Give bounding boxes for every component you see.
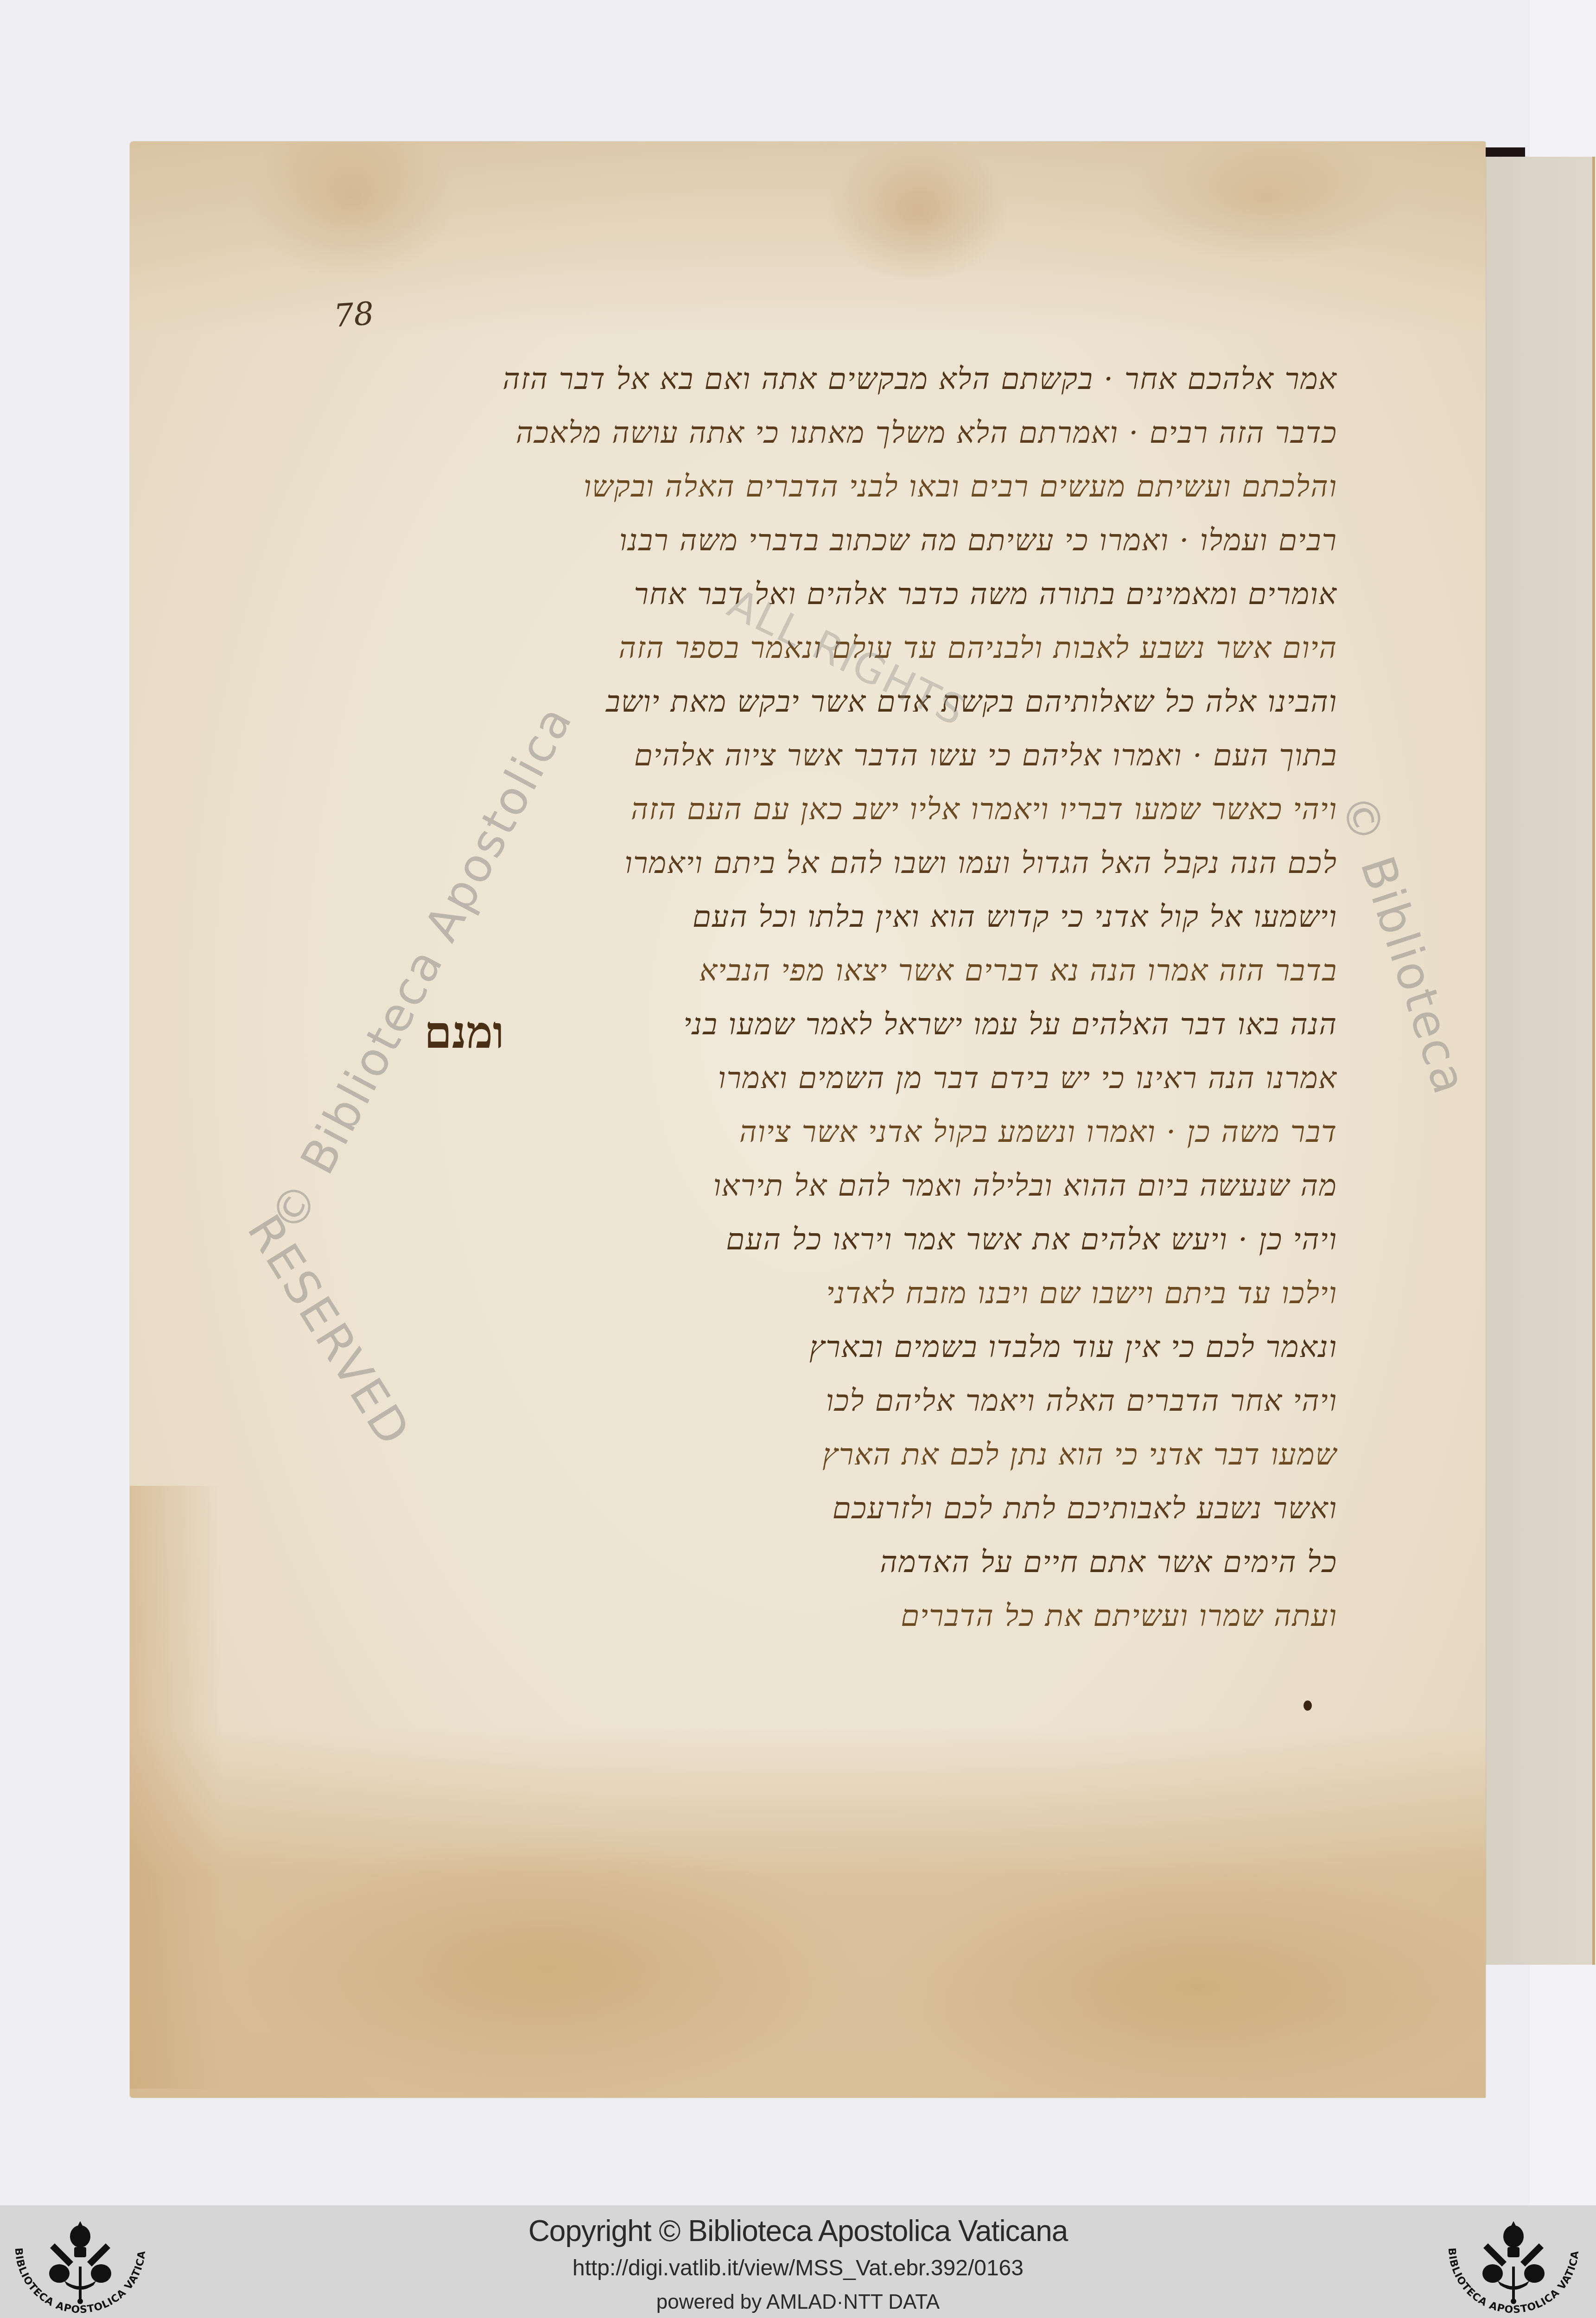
water-stain-left [130,1486,223,2089]
text-line: והלכתם ועשיתם מעשים רבים ובאו לבני הדברי… [429,460,1337,514]
powered-by-credit: powered by AMLAD·NTT DATA [0,2291,1596,2314]
text-line: כדבר הזה רבים · ואמרתם הלא משלך מאתנו כי… [429,406,1337,460]
text-end-mark [1304,1700,1312,1711]
text-line: דבר משה כן · ואמרו ונשמע בקול אדני אשר צ… [429,1105,1337,1159]
folio-number: 78 [332,295,375,335]
text-line: אמר אלהכם אחר · בקשתם הלא מבקשים אתה ואם… [429,352,1337,406]
text-line: בדבר הזה אמרו הנה נא דברים אשר יצאו מפי … [429,944,1337,998]
text-line: אומרים ומאמינים בתורה משה כדבר אלהים ואל… [429,567,1337,621]
text-line: ויהי כן · ויעש אלהים את אשר אמר ויראו כל… [429,1213,1337,1267]
text-line: ועתה שמרו ועשיתם את כל הדברים [429,1589,1337,1643]
manuscript-text-block: אמר אלהכם אחר · בקשתם הלא מבקשים אתה ואם… [429,352,1337,1643]
text-line: ויהי כאשר שמעו דבריו ויאמרו אליו ישב כאן… [429,783,1337,836]
text-line: כל הימים אשר אתם חיים על האדמה [429,1535,1337,1589]
binding-guard-strip [1483,157,1595,1965]
text-line: אמרנו הנה ראינו כי יש בידם דבר מן השמים … [429,1051,1337,1105]
marginal-catchword: ומנם [424,1006,504,1058]
manuscript-url-link[interactable]: http://digi.vatlib.it/view/MSS_Vat.ebr.3… [0,2255,1596,2281]
text-line: וישמעו אל קול אדני כי קדוש הוא ואין בלתו… [429,890,1337,944]
text-line: וילכו עד ביתם וישבו שם ויבנו מזבח לאדני [429,1267,1337,1320]
copyright-footer: BIBLIOTECA APOSTOLICA VATICANA Copyright… [0,2205,1596,2318]
text-line: הנה באו דבר האלהים על עמו ישראל לאמר שמע… [429,998,1337,1051]
text-line: ונאמר לכם כי אין עוד מלבדו בשמים ובארץ [429,1320,1337,1374]
text-line: לכם הנה נקבל האל הגדול ועמו ושבו להם אל … [429,836,1337,890]
vatican-library-seal-icon: BIBLIOTECA APOSTOLICA VATICANA [1437,2211,1590,2315]
text-line: מה שנעשה ביום ההוא ובלילה ואמר להם אל תי… [429,1159,1337,1213]
text-line: ואשר נשבע לאבותיכם לתת לכם ולזרעכם [429,1482,1337,1535]
text-line: שמעו דבר אדני כי הוא נתן לכם את הארץ [429,1428,1337,1482]
water-stain-bottom [130,1727,1486,2098]
text-line: ויהי אחר הדברים האלה ויאמר אליהם לכו [429,1374,1337,1428]
copyright-notice: Copyright © Biblioteca Apostolica Vatica… [0,2214,1596,2248]
text-line: רבים ועמלו · ואמרו כי עשיתם מה שכתוב בדב… [429,514,1337,567]
